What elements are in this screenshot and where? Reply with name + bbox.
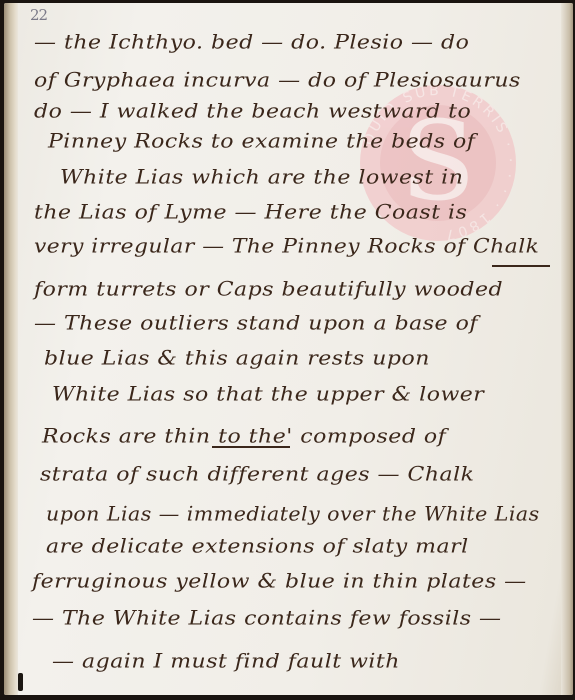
text-line-11: White Lias so that the upper & lower <box>52 384 484 407</box>
text-line-7: very irregular — The Pinney Rocks of Cha… <box>34 236 539 259</box>
text-line-17: — The White Lias contains few fossils — <box>32 608 502 631</box>
text-line-5: White Lias which are the lowest in <box>60 167 463 190</box>
underline-thin-to <box>212 446 290 448</box>
page-edge <box>561 3 573 695</box>
text-line-13: strata of such different ages — Chalk <box>40 464 474 487</box>
page-number: 22 <box>30 6 47 24</box>
text-line-1: — the Ichthyo. bed — do. Plesio — do <box>34 32 469 55</box>
text-line-3: do — I walked the beach westward to <box>34 101 471 124</box>
text-line-18: — again I must find fault with <box>52 651 400 674</box>
underline-chalk <box>492 265 550 267</box>
manuscript-page: 22 QUID SUB TERRIS · · · · · 1807 S — th… <box>4 3 573 695</box>
text-line-14: upon Lias — immediately over the White L… <box>46 504 540 527</box>
text-line-6: the Lias of Lyme — Here the Coast is <box>34 202 467 225</box>
binding-mark <box>18 673 23 691</box>
text-line-8: form turrets or Caps beautifully wooded <box>34 279 503 302</box>
text-line-12: Rocks are thin to the' composed of <box>42 426 446 449</box>
text-line-4: Pinney Rocks to examine the beds of <box>48 131 475 154</box>
text-line-2: of Gryphaea incurva — do of Plesiosaurus <box>34 70 521 93</box>
text-line-10: blue Lias & this again rests upon <box>44 348 430 371</box>
text-line-16: ferruginous yellow & blue in thin plates… <box>32 571 527 594</box>
text-line-15: are delicate extensions of slaty marl <box>46 536 469 559</box>
text-line-9: — These outliers stand upon a base of <box>34 313 478 336</box>
book-binding <box>4 3 18 695</box>
